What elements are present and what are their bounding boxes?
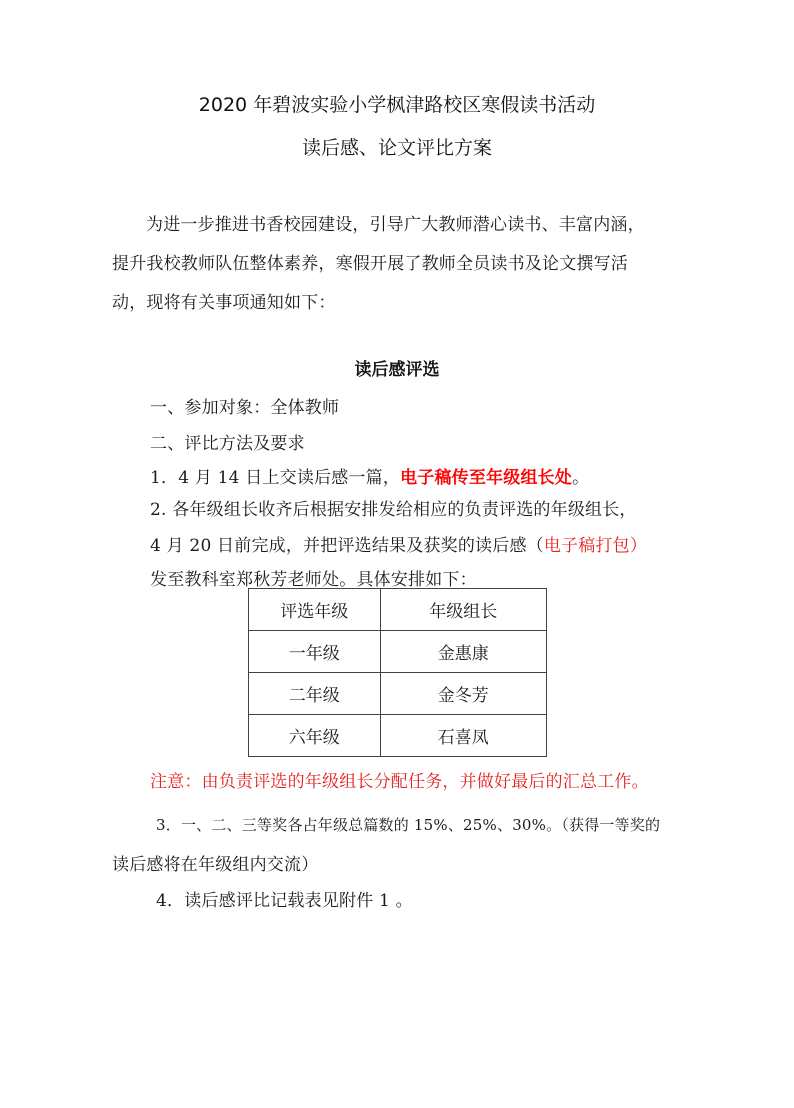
table-cell-leader: 金冬芳 [380,673,546,715]
table-cell-leader: 金惠康 [380,631,546,673]
table-row: 一年级 金惠康 [249,631,547,673]
rule-4: 4．读后感评比记载表见附件 1 。 [156,886,413,911]
intro-line3: 动，现将有关事项通知如下： [112,288,336,313]
rule-2-line2: 4 月 20 日前完成，并把评选结果及获奖的读后感（电子稿打包） [150,531,647,556]
rule-3-line2: 读后感将在年级组内交流） [112,850,318,875]
table-header-cell: 年级组长 [380,589,546,631]
table-cell-grade: 一年级 [249,631,381,673]
intro-line1: 为进一步推进书香校园建设，引导广大教师潜心读书、丰富内涵， [146,210,645,235]
table-row: 二年级 金冬芳 [249,673,547,715]
rule-2-highlight: 电子稿打包） [544,536,647,556]
rule-2-line3: 发至教科室郑秋芳老师处。具体安排如下： [150,565,477,590]
table-header-cell: 评选年级 [249,589,381,631]
table-cell-leader: 石喜凤 [380,715,546,757]
rule-2-line1: 2. 各年级组长收齐后根据安排发给相应的负责评选的年级组长， [150,495,637,520]
assignment-table: 评选年级 年级组长 一年级 金惠康 二年级 金冬芳 六年级 石喜凤 [248,588,547,757]
table-cell-grade: 六年级 [249,715,381,757]
table-row: 六年级 石喜凤 [249,715,547,757]
doc-title-line2: 读后感、论文评比方案 [0,133,794,160]
item-methods: 二、评比方法及要求 [150,429,305,454]
table-header-row: 评选年级 年级组长 [249,589,547,631]
rule-1-text: 1．4 月 14 日上交读后感一篇， [150,468,400,488]
table-cell-grade: 二年级 [249,673,381,715]
rule-1-highlight: 电子稿传至年级组长处 [400,468,572,488]
rule-1-suffix: 。 [572,468,589,488]
note-text: 注意：由负责评选的年级组长分配任务，并做好最后的汇总工作。 [150,767,649,792]
doc-title-line1: 2020 年碧波实验小学枫津路校区寒假读书活动 [0,90,794,117]
section-heading: 读后感评选 [0,355,794,380]
intro-line2: 提升我校教师队伍整体素养，寒假开展了教师全员读书及论文撰写活 [112,249,628,274]
rule-3-line1: 3．一、二、三等奖各占年级总篇数的 15%、25%、30%。（获得一等奖的 [156,814,660,835]
item-participants: 一、参加对象：全体教师 [150,393,339,418]
rule-2-text: 4 月 20 日前完成，并把评选结果及获奖的读后感（ [150,536,544,556]
rule-1: 1．4 月 14 日上交读后感一篇，电子稿传至年级组长处。 [150,463,589,488]
